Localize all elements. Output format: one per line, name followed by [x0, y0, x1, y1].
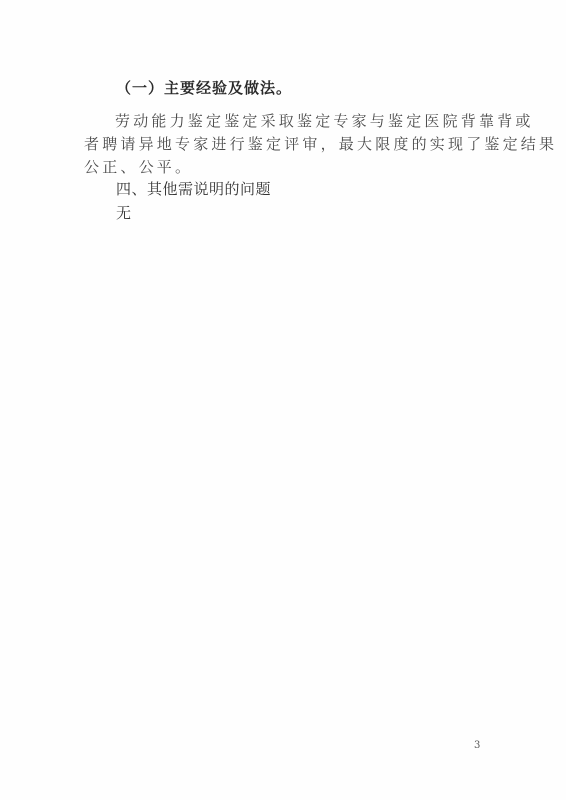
paragraph-line-2: 者聘请异地专家进行鉴定评审，最大限度的实现了鉴定结果	[84, 134, 557, 154]
section-4-heading: 四、其他需说明的问题	[116, 179, 271, 199]
paragraph-line-1: 劳动能力鉴定鉴定采取鉴定专家与鉴定医院背靠背或	[115, 111, 534, 131]
paragraph-line-3: 公正、公平。	[84, 157, 193, 177]
document-page: （一）主要经验及做法。 劳动能力鉴定鉴定采取鉴定专家与鉴定医院背靠背或 者聘请异…	[0, 0, 566, 800]
section-heading: （一）主要经验及做法。	[116, 78, 292, 98]
section-4-content: 无	[116, 203, 132, 223]
page-number: 3	[474, 740, 480, 751]
